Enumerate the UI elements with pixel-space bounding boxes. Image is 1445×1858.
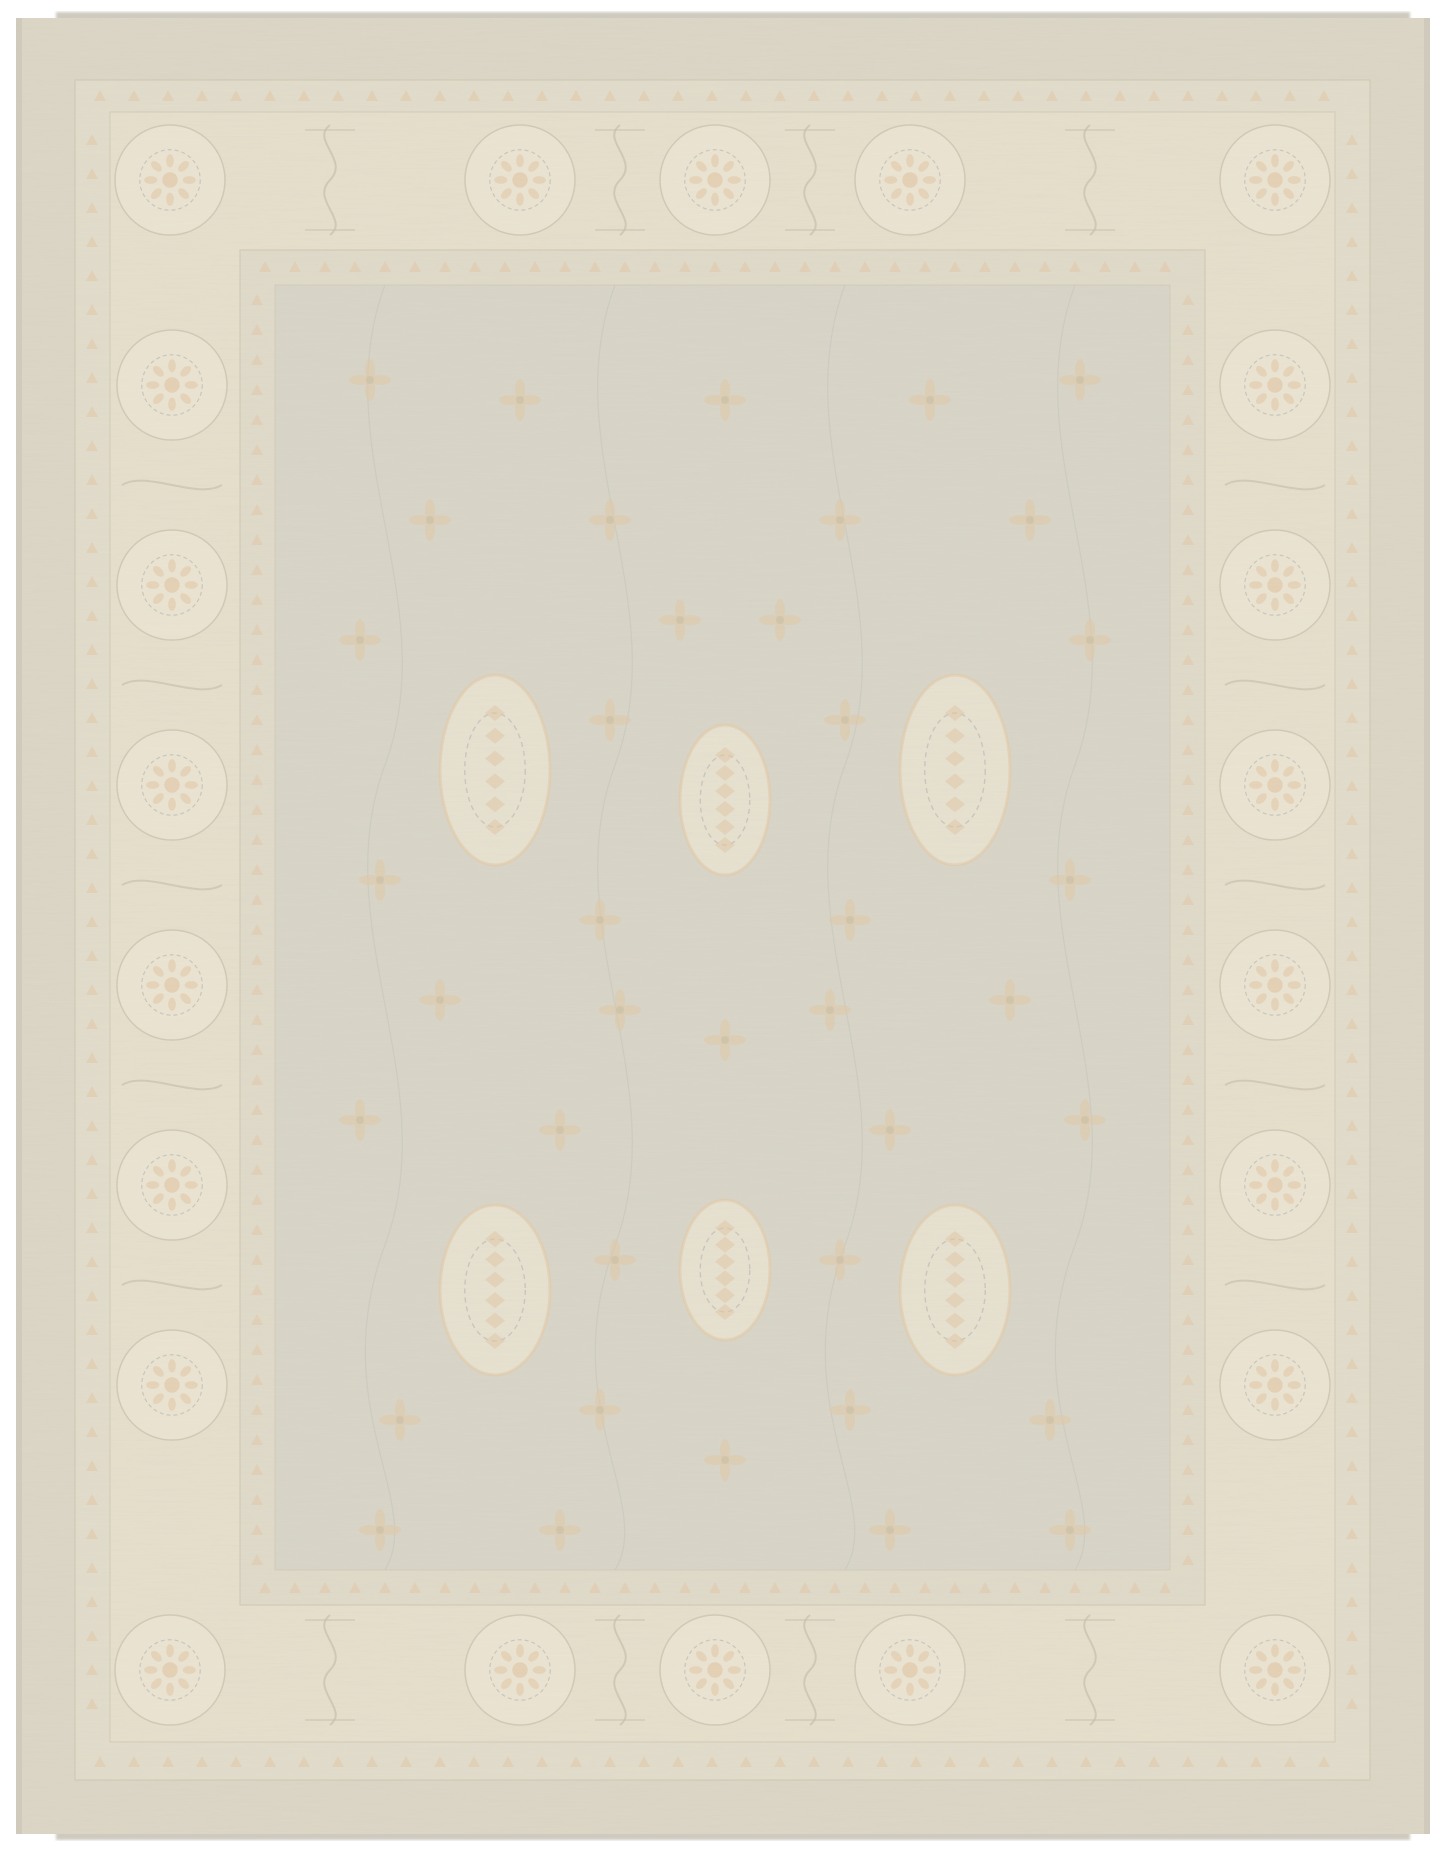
- wool-texture: [16, 18, 1430, 1834]
- right-edge-shadow: [1424, 18, 1430, 1834]
- left-edge-shadow: [16, 18, 22, 1834]
- rug-image: [0, 0, 1445, 1858]
- rug: [16, 12, 1430, 1840]
